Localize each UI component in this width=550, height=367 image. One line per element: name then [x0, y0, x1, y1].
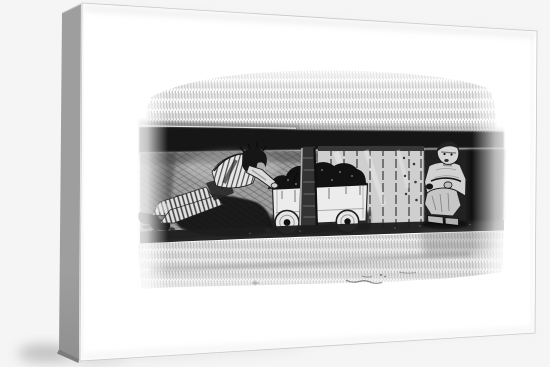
trapper-boy-right-hand	[444, 182, 452, 188]
door-top-rail	[318, 146, 424, 151]
trapper-boy-left-hand	[426, 184, 433, 190]
pushing-boy-hand	[271, 183, 278, 188]
vignette-fade-top	[122, 56, 518, 90]
vignette-fade-right	[472, 56, 518, 304]
page-background	[0, 0, 550, 367]
trapper-boy-legs	[425, 188, 462, 216]
engraving	[122, 56, 518, 312]
vignette-fade-bottom	[122, 272, 518, 312]
canvas-print-product-photo	[0, 0, 550, 367]
